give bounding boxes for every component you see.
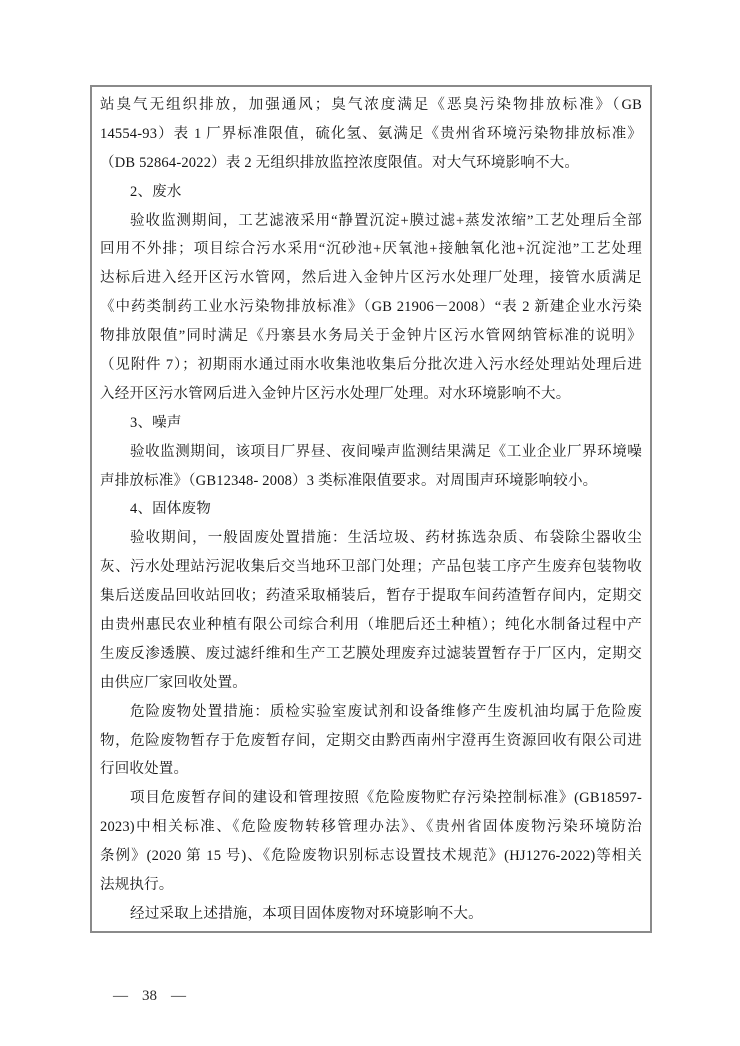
text-line: 条例》(2020 第 15 号)、《危险废物识别标志设置技术规范》(HJ1276… xyxy=(100,842,642,871)
text-line: 经过采取上述措施，本项目固体废物对环境影响不大。 xyxy=(100,900,642,929)
text-line: 行回收处置。 xyxy=(100,755,642,784)
footer-dash-left: — xyxy=(113,988,128,1005)
footer-dash-right: — xyxy=(171,988,186,1005)
text-line: 法规执行。 xyxy=(100,871,642,900)
text-line: 验收监测期间，该项目厂界昼、夜间噪声监测结果满足《工业企业厂界环境噪 xyxy=(100,438,642,467)
text-line: 生废反渗透膜、废过滤纤维和生产工艺膜处理废弃过滤装置暂存于厂区内，定期交 xyxy=(100,640,642,669)
text-line: 入经开区污水管网后进入金钟片区污水处理厂处理。对水环境影响不大。 xyxy=(100,380,642,409)
text-line: 2023)中相关标准、《危险废物转移管理办法》、《贵州省固体废物污染环境防治 xyxy=(100,813,642,842)
page-footer: — 38 — xyxy=(113,988,186,1005)
text-line: 回用不外排；项目综合污水采用“沉砂池+厌氧池+接触氧化池+沉淀池”工艺处理 xyxy=(100,235,642,264)
text-line: 物排放限值”同时满足《丹寨县水务局关于金钟片区污水管网纳管标准的说明》 xyxy=(100,322,642,351)
text-line: 由贵州惠民农业种植有限公司综合利用（堆肥后还土种植）；纯化水制备过程中产 xyxy=(100,611,642,640)
text-line: 由供应厂家回收处置。 xyxy=(100,669,642,698)
page-number: 38 xyxy=(142,988,157,1005)
text-line: 2、废水 xyxy=(100,178,642,207)
text-line: 声排放标准》（GB12348- 2008）3 类标准限值要求。对周围声环境影响较… xyxy=(100,467,642,496)
text-line: 《中药类制药工业水污染物排放标准》（GB 21906－2008）“表 2 新建企… xyxy=(100,293,642,322)
text-line: 达标后进入经开区污水管网，然后进入金钟片区污水处理厂处理，接管水质满足 xyxy=(100,264,642,293)
text-line: 14554-93）表 1 厂界标准限值，硫化氢、氨满足《贵州省环境污染物排放标准… xyxy=(100,120,642,149)
text-line: 3、噪声 xyxy=(100,409,642,438)
text-line: 集后送废品回收站回收；药渣采取桶装后，暂存于提取车间药渣暂存间内，定期交 xyxy=(100,582,642,611)
text-line: （见附件 7）；初期雨水通过雨水收集池收集后分批次进入污水经处理站处理后进 xyxy=(100,351,642,380)
text-line: 验收监测期间，工艺滤液采用“静置沉淀+膜过滤+蒸发浓缩”工艺处理后全部 xyxy=(100,207,642,236)
text-line: 项目危废暂存间的建设和管理按照《危险废物贮存污染控制标准》(GB18597- xyxy=(100,784,642,813)
content-border-box: 站臭气无组织排放，加强通风；臭气浓度满足《恶臭污染物排放标准》（GB14554-… xyxy=(90,85,652,933)
text-line: 4、固体废物 xyxy=(100,495,642,524)
text-line: 危险废物处置措施：质检实验室废试剂和设备维修产生废机油均属于危险废 xyxy=(100,698,642,727)
document-body: 站臭气无组织排放，加强通风；臭气浓度满足《恶臭污染物排放标准》（GB14554-… xyxy=(100,91,642,929)
text-line: 灰、污水处理站污泥收集后交当地环卫部门处理；产品包装工序产生废弃包装物收 xyxy=(100,553,642,582)
text-line: 站臭气无组织排放，加强通风；臭气浓度满足《恶臭污染物排放标准》（GB xyxy=(100,91,642,120)
text-line: 物，危险废物暂存于危废暂存间，定期交由黔西南州宇澄再生资源回收有限公司进 xyxy=(100,727,642,756)
text-line: （DB 52864-2022）表 2 无组织排放监控浓度限值。对大气环境影响不大… xyxy=(100,149,642,178)
text-line: 验收期间，一般固废处置措施：生活垃圾、药材拣选杂质、布袋除尘器收尘 xyxy=(100,524,642,553)
